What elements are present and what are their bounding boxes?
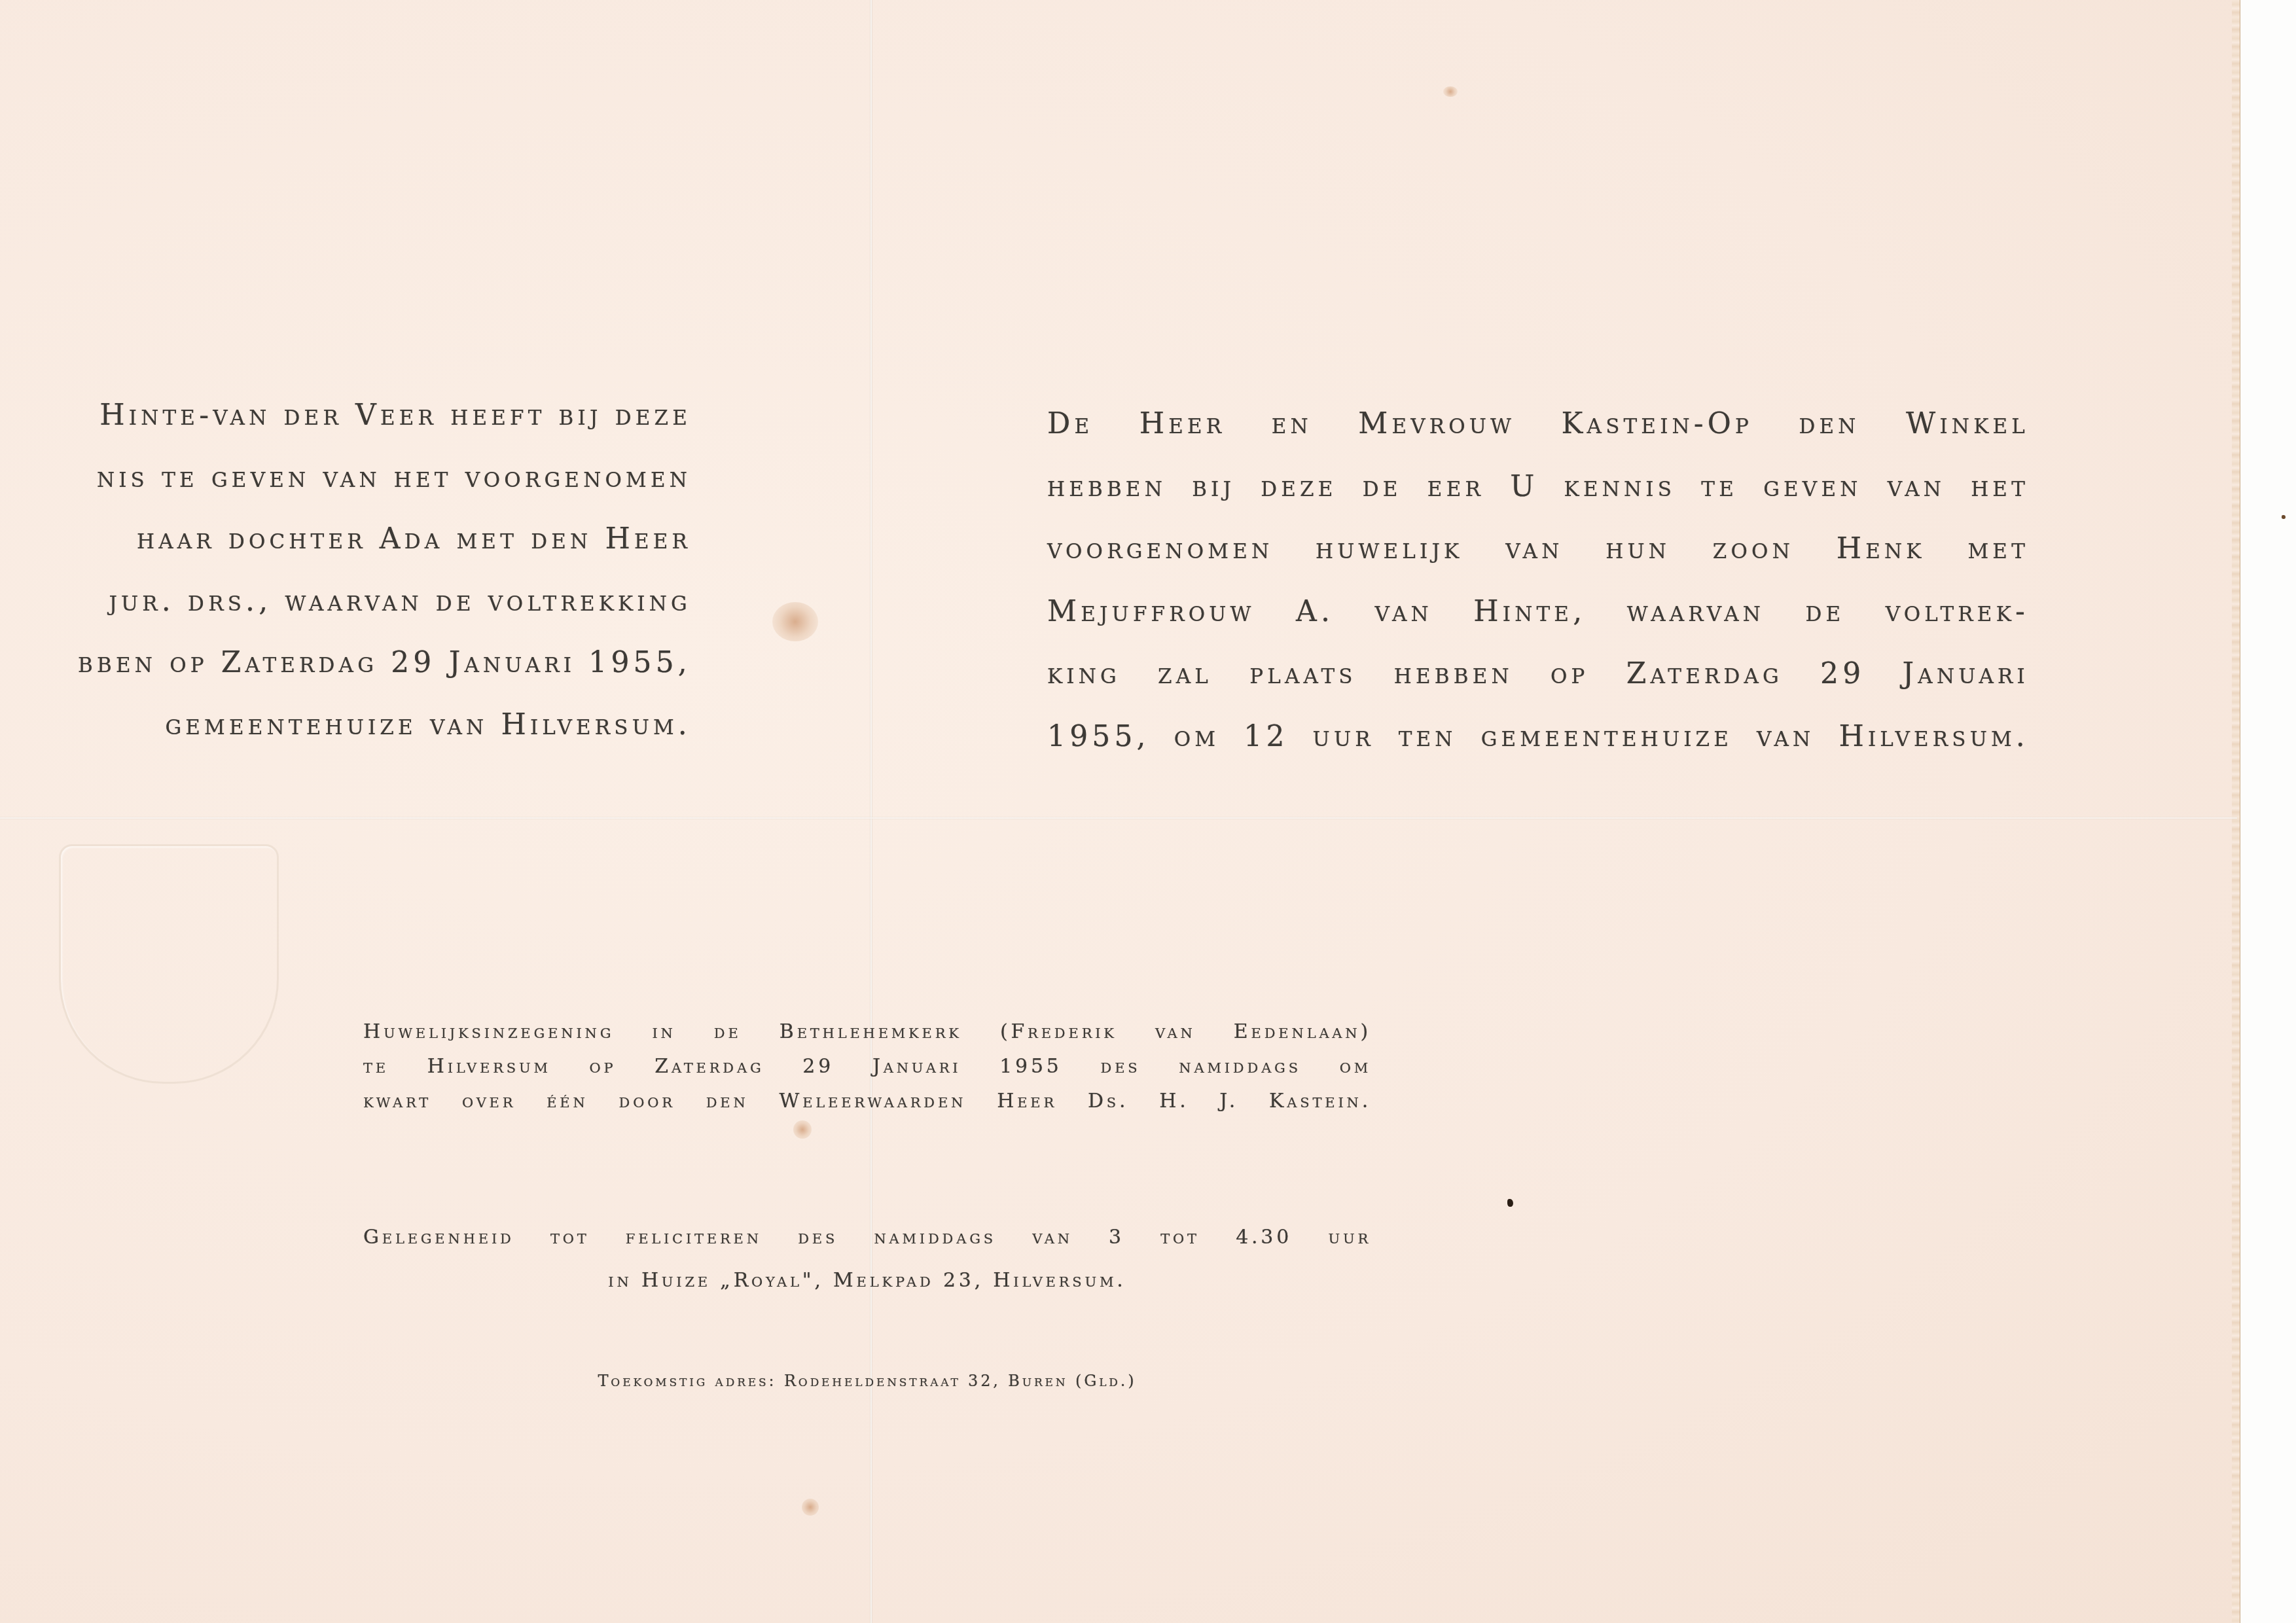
deckled-paper-edge	[2232, 0, 2240, 1623]
groom-parents-announcement: De Heer en Mevrouw Kastein-Op den Winkel…	[1047, 393, 2029, 768]
announcement-line: Hinte-van der Veer heeft bij deze	[78, 385, 691, 447]
announcement-line: 1955, om 12 uur ten gemeentehuize van Hi…	[1047, 705, 2029, 768]
announcement-line: nis te geven van het voorgenomen	[78, 447, 691, 509]
announcement-line: gemeentehuize van Hilversum.	[78, 694, 691, 757]
announcement-line: De Heer en Mevrouw Kastein-Op den Winkel	[1047, 393, 2029, 455]
foxing-stain	[772, 602, 818, 641]
foxing-stain	[793, 1120, 812, 1139]
ceremony-line: te Hilversum op Zaterdag 29 Januari 1955…	[363, 1049, 1371, 1084]
announcement-line: haar dochter Ada met den Heer	[78, 508, 691, 571]
bride-parents-announcement: Hinte-van der Veer heeft bij deze nis te…	[78, 385, 691, 756]
horizontal-fold-line	[0, 817, 2237, 819]
announcement-line: bben op Zaterdag 29 Januari 1955,	[78, 632, 691, 694]
church-ceremony-info: Huwelijksinzegening in de Bethlehemkerk …	[363, 1014, 1371, 1118]
reception-info: Gelegenheid tot feliciteren des namiddag…	[363, 1216, 1371, 1302]
announcement-line: jur. drs., waarvan de voltrekking	[78, 571, 691, 633]
foxing-stain	[802, 1499, 819, 1516]
announcement-line: voorgenomen huwelijk van hun zoon Henk m…	[1047, 518, 2029, 580]
announcement-line: hebben bij deze de eer U kennis te geven…	[1047, 455, 2029, 518]
embossed-crest-icon	[59, 844, 279, 1084]
reception-line: Gelegenheid tot feliciteren des namiddag…	[363, 1216, 1371, 1259]
ceremony-line: kwart over één door den Weleerwaarden He…	[363, 1084, 1371, 1118]
reception-line: in Huize „Royal", Melkpad 23, Hilversum.	[363, 1259, 1371, 1302]
ink-speck	[1507, 1199, 1513, 1207]
ceremony-line: Huwelijksinzegening in de Bethlehemkerk …	[363, 1014, 1371, 1049]
announcement-line: Mejuffrouw A. van Hinte, waarvan de volt…	[1047, 580, 2029, 643]
ink-speck	[2282, 515, 2286, 519]
foxing-stain	[1443, 86, 1458, 97]
announcement-line: king zal plaats hebben op Zaterdag 29 Ja…	[1047, 643, 2029, 705]
future-address-text: Toekomstig adres: Rodeheldenstraat 32, B…	[363, 1368, 1371, 1394]
future-address: Toekomstig adres: Rodeheldenstraat 32, B…	[363, 1368, 1371, 1394]
